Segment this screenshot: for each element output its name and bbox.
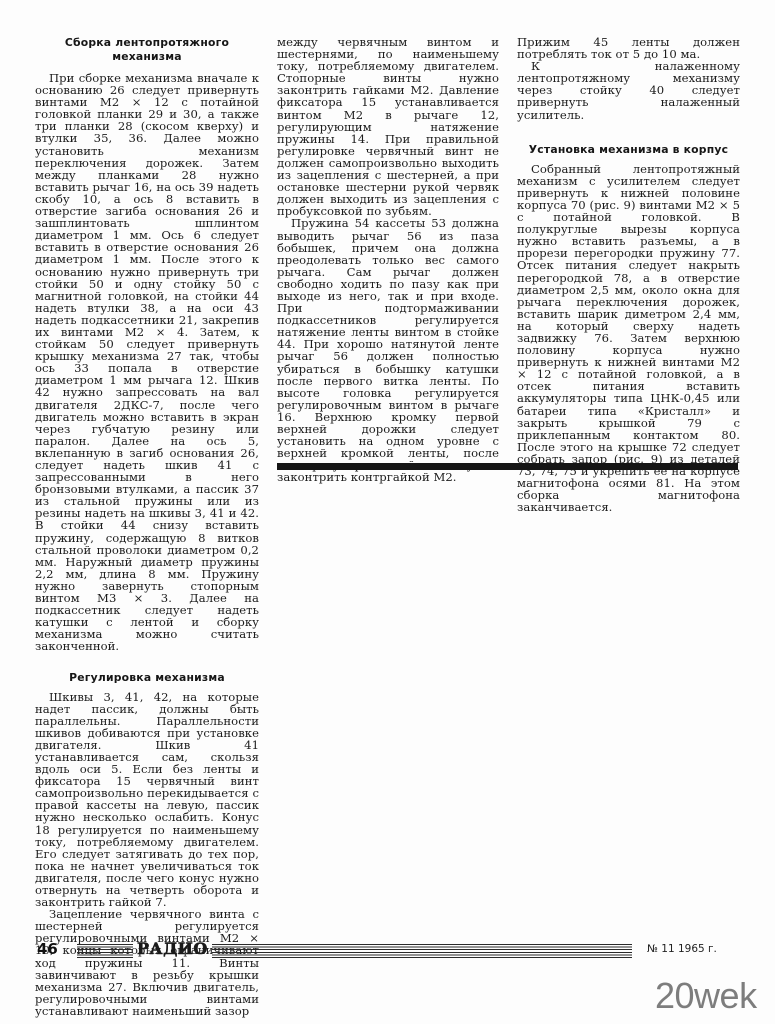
continued-paragraph: между червячным винтом и шестернями, по …: [277, 36, 499, 217]
page-number: 46: [37, 940, 58, 958]
section-heading-adjustment: Регулировка механизма: [35, 671, 259, 685]
section-heading-installation: Установка механизма в корпус: [517, 143, 740, 157]
issue-number: № 11 1965 г.: [647, 943, 717, 955]
adjustment-paragraph-1: Шкивы 3, 41, 42, на которые надет пассик…: [35, 691, 259, 909]
article-end-separator: [277, 463, 738, 470]
assembly-paragraph: При сборке механизма вначале к основанию…: [35, 72, 259, 653]
section-heading-assembly: Сборка лентопротяжного механизма: [35, 36, 259, 64]
right-column: Прижим 45 ленты должен потреблять ток от…: [517, 36, 740, 513]
footer-rule-left: [77, 944, 133, 958]
clamp-paragraph: Прижим 45 ленты должен потреблять ток от…: [517, 36, 740, 60]
magazine-page: Сборка лентопротяжного механизма При сбо…: [0, 0, 775, 1024]
middle-column: между червячным винтом и шестернями, по …: [277, 36, 499, 483]
page-footer: 46 РАДИО № 11 1965 г.: [0, 940, 775, 964]
watermark: 20wek: [655, 975, 757, 1017]
left-column: Сборка лентопротяжного механизма При сбо…: [35, 36, 259, 1017]
footer-rule-right: [212, 944, 632, 958]
installation-paragraph: Собранный лентопротяжный механизм с усил…: [517, 163, 740, 514]
amplifier-paragraph: К налаженному лентопротяжному механизму …: [517, 60, 740, 120]
magazine-logo: РАДИО: [137, 939, 208, 958]
spring-paragraph: Пружина 54 кассеты 53 должна выводить ры…: [277, 217, 499, 483]
